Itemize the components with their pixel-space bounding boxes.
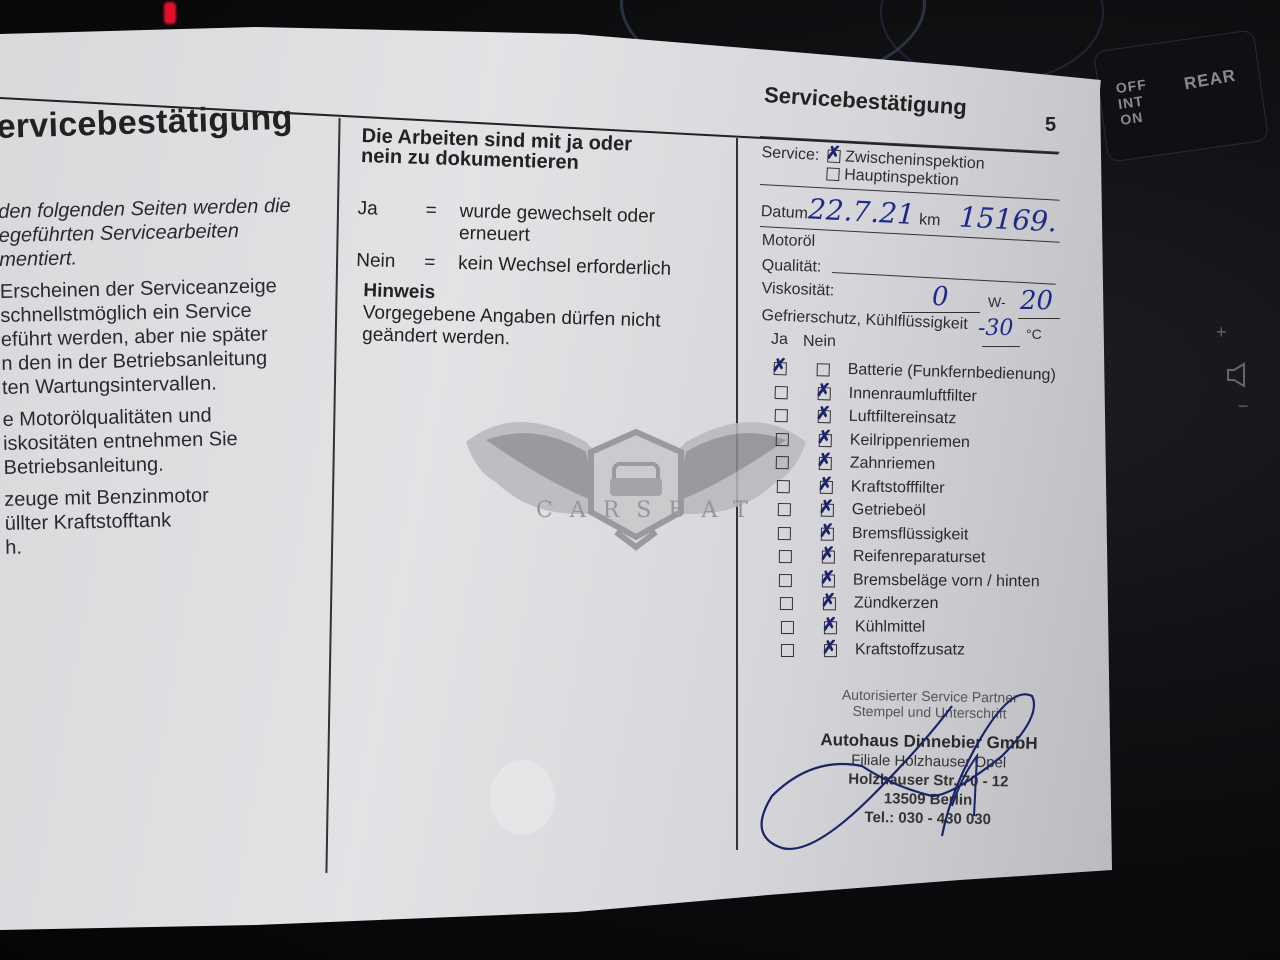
checkbox-nein[interactable] [820,503,833,516]
viskositaet-value-2[interactable]: 20 [1020,286,1053,316]
checkbox-ja[interactable] [776,455,789,468]
checklist-item-label: Bremsflüssigkeit [852,524,969,544]
checklist-row: Kraftstofffilter [777,477,945,498]
checkbox-ja[interactable] [781,644,794,657]
checkbox-ja[interactable] [775,432,788,445]
checklist-item-label: Luftfiltereinsatz [849,408,957,429]
checklist-item-label: Getriebeöl [851,501,925,520]
viskositaet-label: Viskosität: [761,280,834,301]
checklist-row: Zahnriemen [776,453,936,474]
checkbox-nein[interactable] [822,550,835,563]
qualitaet-label: Qualität: [762,257,822,277]
checkbox-nein[interactable] [824,644,837,657]
checklist-item-label: Zahnriemen [850,454,936,474]
checkbox-ja[interactable] [779,549,792,562]
checkbox-nein[interactable] [822,573,835,586]
checkbox-nein[interactable] [817,363,830,376]
legend-key-ja: Ja [357,198,426,244]
checklist-row: Bremsbeläge vorn / hinten [779,571,1040,591]
paper-dent [490,760,555,835]
checkbox-ja[interactable] [780,596,793,609]
checkbox-nein[interactable] [819,456,832,469]
checklist-item-label: Innenraumluftfilter [848,384,976,405]
handwritten-signature [752,686,1052,856]
km-label: km [919,211,941,229]
checkbox-nein[interactable] [818,433,831,446]
viskositaet-mid-label: W- [988,294,1006,310]
legend-equals: = [425,200,460,245]
checkbox-ja[interactable] [775,408,788,421]
checklist-item-label: Kraftstofffilter [851,478,945,498]
checklist-item-label: Keilrippenriemen [849,431,969,452]
gefrierschutz-value[interactable]: -30 [978,316,1013,341]
checkbox-ja[interactable] [778,526,791,539]
checklist-row: Kraftstoffzusatz [781,641,965,660]
checklist-row: Zündkerzen [780,594,939,613]
left-paragraph-1: den folgenden Seiten werden die egeführt… [0,194,292,272]
wiper-stalk-labels: OFF INT ON [1115,76,1152,128]
gefrierschutz-unit: °C [1026,326,1042,342]
gefrierschutz-line [982,346,1020,347]
hinweis-body: Vorgegebene Angaben dürfen nicht geänder… [362,302,670,355]
checkbox-nein[interactable] [823,597,836,610]
checkbox-ja[interactable] [781,620,794,633]
checkbox-ja[interactable] [777,502,790,515]
motoroel-label: Motoröl [762,232,816,251]
legend-value-ja: wurde gewechselt oder erneuert [459,201,656,250]
dashboard-warning-light [164,2,176,24]
legend-value-nein: kein Wechsel erforderlich [458,253,672,281]
km-value[interactable]: 15169. [958,200,1058,238]
legend-row-nein: Nein = kein Wechsel erforderlich [356,250,671,281]
left-page-body: den folgenden Seiten werden die egeführt… [0,194,298,568]
datum-value[interactable]: 22.7.21 [807,192,915,231]
checkbox-nein[interactable] [824,620,837,633]
legend-equals: = [424,252,459,275]
viskositaet-line-2 [1018,318,1060,319]
page-number: 5 [1045,114,1056,137]
watermark-text: CARSBAT [536,498,765,523]
checkbox-nein[interactable] [817,386,830,399]
checklist-item-label: Kühlmittel [855,618,925,636]
left-paragraph-4: zeuge mit Benzinmotor üllter Kraftstofft… [4,482,298,560]
checkbox-nein[interactable] [820,480,833,493]
service-label: Service: [761,144,820,164]
legend-key-nein: Nein [356,250,425,274]
legend-block: Ja = wurde gewechselt oder erneuert Nein… [354,198,673,355]
checklist-row: Keilrippenriemen [775,430,969,452]
checklist-row: Bremsflüssigkeit [778,524,969,545]
documentation-heading: Die Arbeiten sind mit ja oder nein zu do… [361,126,633,174]
checkbox-ja[interactable] [779,573,792,586]
carsbat-watermark: CARSBAT [456,402,816,552]
checkbox-zwischeninspektion[interactable] [827,150,841,164]
checkbox-ja[interactable] [774,361,787,374]
checklist-row: Reifenreparaturset [779,547,986,567]
checklist-item-label: Reifenreparaturset [853,548,986,567]
checklist-item-label: Zündkerzen [854,595,939,614]
column-header-ja: Ja [771,331,788,349]
checkbox-hauptinspektion[interactable] [826,168,840,182]
checklist-item-label: Bremsbeläge vorn / hinten [853,571,1040,591]
checklist-row: Kühlmittel [781,618,925,637]
viskositaet-value-1[interactable]: 0 [932,282,949,312]
volume-minus-icon: − [1238,396,1249,417]
column-header-nein: Nein [803,333,836,351]
speaker-icon [1226,362,1248,393]
checkbox-nein[interactable] [821,527,834,540]
checklist-row: Getriebeöl [777,500,925,520]
legend-row-ja: Ja = wurde gewechselt oder erneuert [357,198,673,251]
checkbox-nein[interactable] [818,410,831,423]
checkbox-ja[interactable] [777,479,790,492]
left-paragraph-3: e Motorölqualitäten und iskositäten entn… [2,402,296,480]
left-paragraph-2: Erscheinen der Serviceanzeige schnellstm… [0,274,295,400]
checkbox-ja[interactable] [774,385,787,398]
volume-plus-icon: + [1216,322,1227,343]
checklist-item-label: Kraftstoffzusatz [855,641,965,659]
datum-label: Datum [760,203,808,222]
